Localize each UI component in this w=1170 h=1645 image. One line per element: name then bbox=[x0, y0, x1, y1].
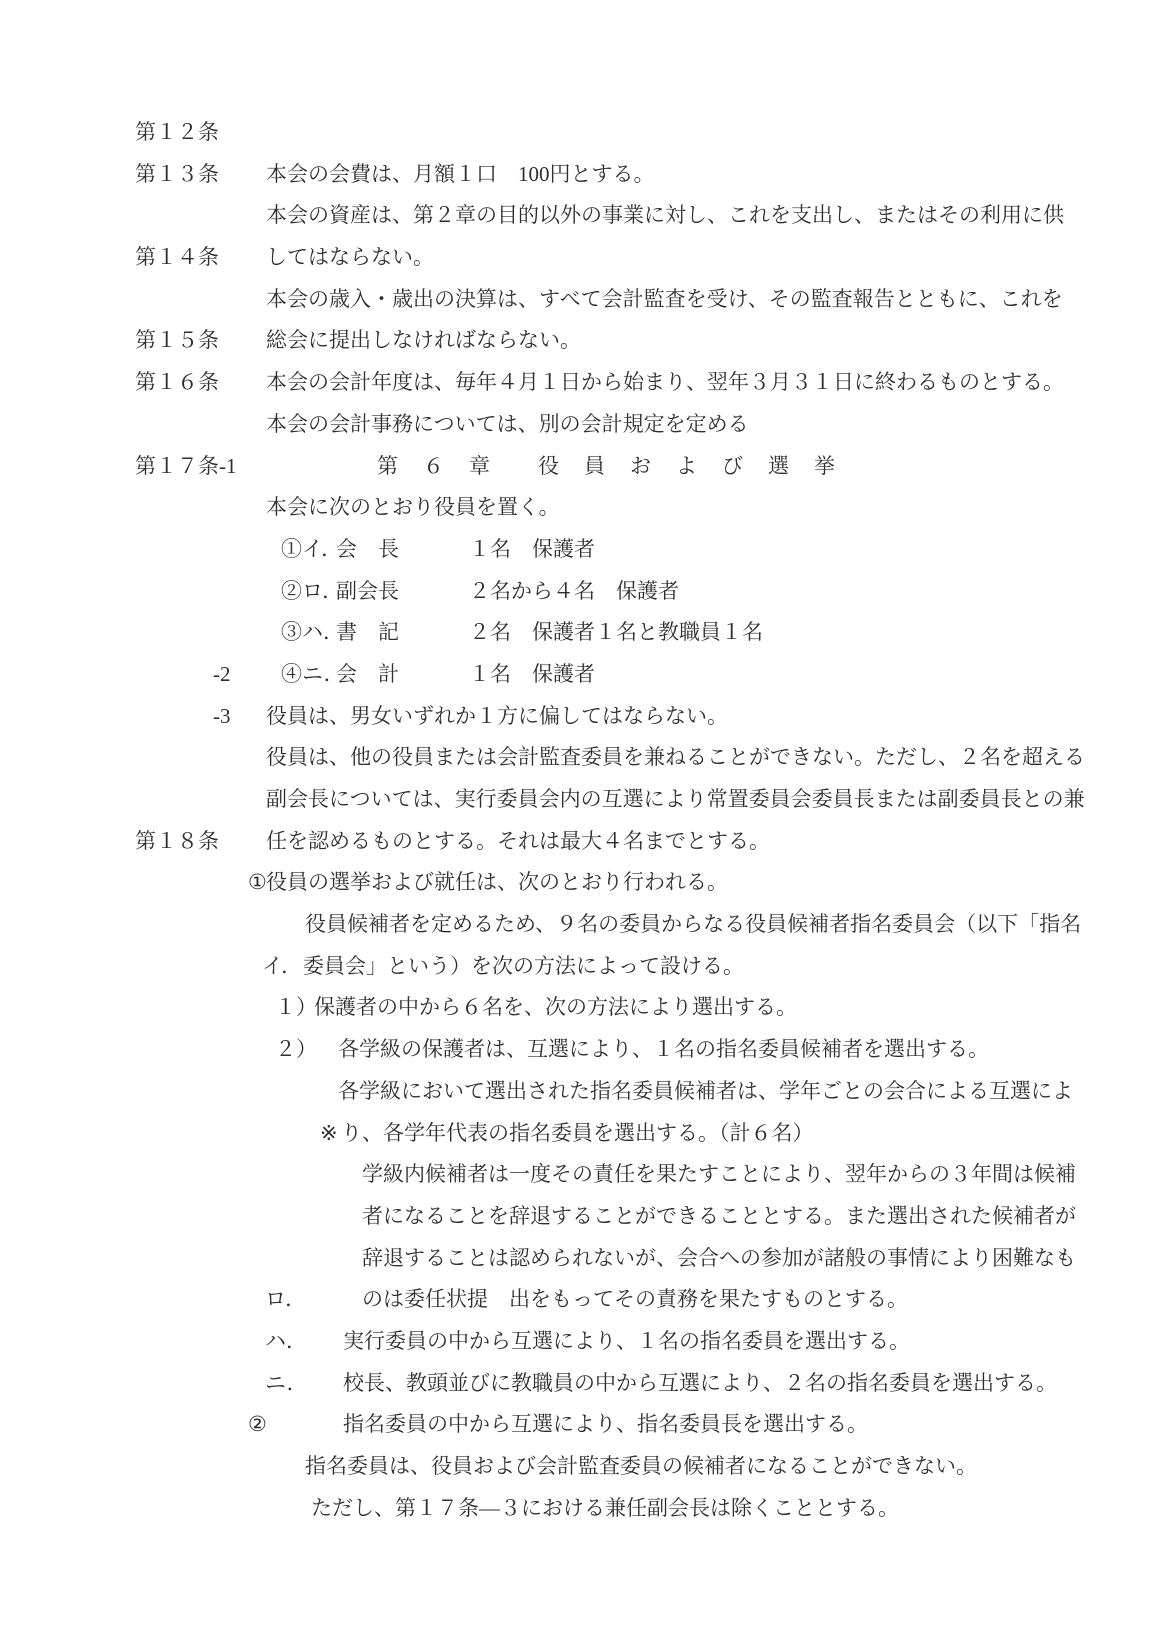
article-14-continuation: 総会に提出しなければならない。 bbox=[0, 279, 1170, 321]
role-item-vice-chairman: ②ロ．副会長２名から４名 保護者 bbox=[0, 529, 1170, 571]
article-number: 第１４条 bbox=[135, 237, 219, 279]
role-item-secretary: ③ハ．書 記２名 保護者１名と教職員１名 bbox=[0, 571, 1170, 613]
clause-marker: ① bbox=[248, 862, 267, 904]
article-13-continuation: してはならない。 bbox=[0, 195, 1170, 237]
subitem-marker: １） bbox=[275, 987, 317, 1029]
article-14-line: 第１４条本会の歳入・歳出の決算は、すべて会計監査を受け、その監査報告とともに、こ… bbox=[0, 237, 1170, 279]
item-ha-line: ハ．校長、教頭並びに教職員の中から互選により、２名の指名委員を選出する。 bbox=[0, 1321, 1170, 1363]
clause-text: ただし、第１７条―３における兼任副会長は除くこととする。 bbox=[311, 1496, 899, 1520]
article-number: 第１６条 bbox=[135, 362, 219, 404]
article-17-3-line: -3役員は、他の役員または会計監査委員を兼ねることができない。ただし、２名を超え… bbox=[0, 696, 1170, 738]
chapter-6-heading: 第 ６ 章 役 員 お よ び 選 挙 bbox=[0, 404, 1170, 446]
article-17-3-continuation: 副会長については、実行委員会内の互選により常置委員会委員長または副委員長との兼 bbox=[0, 737, 1170, 779]
document-page: 第１２条本会の会費は、月額１口 100円とする。 第１３条本会の資産は、第２章の… bbox=[0, 112, 1170, 1488]
article-number: 第１８条 bbox=[135, 821, 219, 863]
note-continuation: 辞退することは認められないが、会合への参加が諸般の事情により困難なも bbox=[0, 1196, 1170, 1238]
article-number: 第１７条-1 bbox=[135, 446, 237, 488]
article-15-line: 第１５条本会の会計年度は、毎年４月１日から始まり、翌年３月３１日に終わるものとす… bbox=[0, 320, 1170, 362]
item-ni-line: ニ．指名委員の中から互選により、指名委員長を選出する。 bbox=[0, 1363, 1170, 1405]
item-marker: ハ． bbox=[265, 1321, 307, 1363]
note-continuation: 者になることを辞退することができることとする。また選出された候補者が bbox=[0, 1154, 1170, 1196]
note-marker: ※ bbox=[320, 1113, 338, 1155]
article-13-line: 第１３条本会の資産は、第２章の目的以外の事業に対し、これを支出し、またはその利用… bbox=[0, 154, 1170, 196]
clause-circle-2-line: ②指名委員は、役員および会計監査委員の候補者になることができない。 bbox=[0, 1404, 1170, 1446]
item-marker: ニ． bbox=[265, 1363, 308, 1405]
article-17-1-line: 第１７条-1本会に次のとおり役員を置く。 bbox=[0, 446, 1170, 488]
item-i-line: イ．保護者の中から６名を、次の方法により選出する。 bbox=[0, 946, 1170, 988]
article-18-line: 第１８条役員の選挙および就任は、次のとおり行われる。 bbox=[0, 821, 1170, 863]
clause-circle-1-continuation: 委員会」という）を次の方法によって設ける。 bbox=[0, 904, 1170, 946]
role-item-treasurer: ④ニ．会 計１名 保護者 bbox=[0, 612, 1170, 654]
item-marker: イ． bbox=[262, 946, 302, 988]
article-17-3-continuation: 任を認めるものとする。それは最大４名までとする。 bbox=[0, 779, 1170, 821]
article-12-line: 第１２条本会の会費は、月額１口 100円とする。 bbox=[0, 112, 1170, 154]
article-16-line: 第１６条本会の会計事務については、別の会計規定を定める bbox=[0, 362, 1170, 404]
article-number: 第１３条 bbox=[135, 154, 219, 196]
article-number: 第１５条 bbox=[135, 320, 219, 362]
item-marker: ロ． bbox=[265, 1279, 306, 1321]
article-17-2-line: -2役員は、男女いずれか１方に偏してはならない。 bbox=[0, 654, 1170, 696]
note-continuation: のは委任状提 出をもってその責務を果たすものとする。 bbox=[0, 1238, 1170, 1280]
subitem-marker: ２） bbox=[275, 1029, 317, 1071]
subitem-2-line: ２）各学級において選出された指名委員候補者は、学年ごとの会合による互選によ bbox=[0, 1029, 1170, 1071]
item-ro-line: ロ．実行委員の中から互選により、１名の指名委員を選出する。 bbox=[0, 1279, 1170, 1321]
clause-number: -3 bbox=[213, 696, 231, 738]
subitem-2-continuation: り、各学年代表の指名委員を選出する。（計６名） bbox=[0, 1071, 1170, 1113]
clause-number: -2 bbox=[213, 654, 231, 696]
role-item-chairman: ①イ．会 長１名 保護者 bbox=[0, 487, 1170, 529]
article-number: 第１２条 bbox=[135, 112, 219, 154]
note-line: ※学級内候補者は一度その責任を果たすことにより、翌年からの３年間は候補 bbox=[0, 1113, 1170, 1155]
clause-marker: ② bbox=[248, 1404, 267, 1446]
clause-circle-1-line: ①役員候補者を定めるため、９名の委員からなる役員候補者指名委員会（以下「指名 bbox=[0, 862, 1170, 904]
subitem-1-line: １）各学級の保護者は、互選により、１名の指名委員候補者を選出する。 bbox=[0, 987, 1170, 1029]
clause-circle-2-continuation: ただし、第１７条―３における兼任副会長は除くこととする。 bbox=[0, 1446, 1170, 1488]
